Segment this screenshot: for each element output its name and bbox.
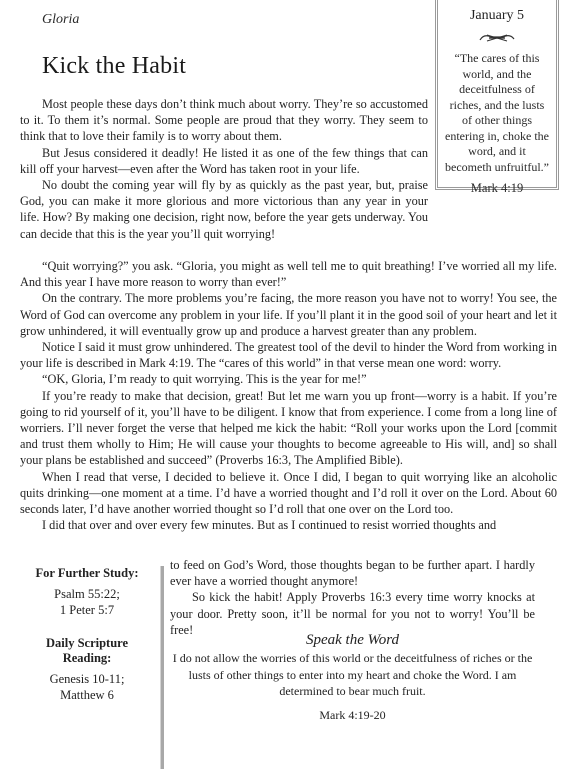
article-body-lower: to feed on God’s Word, those thoughts be… — [170, 557, 535, 638]
study-sidebar: For Further Study: Psalm 55:22; 1 Peter … — [28, 566, 146, 721]
speak-heading: Speak the Word — [170, 631, 535, 649]
article-body-top: Most people these days don’t think much … — [20, 96, 428, 242]
column-divider — [160, 566, 164, 769]
further-study-refs: Psalm 55:22; 1 Peter 5:7 — [28, 586, 146, 618]
reading-ref: Genesis 10-11; — [28, 671, 146, 687]
paragraph: On the contrary. The more problems you’r… — [20, 290, 557, 339]
article-body-main: “Quit worrying?” you ask. “Gloria, you m… — [20, 258, 557, 533]
speak-the-word-section: Speak the Word I do not allow the worrie… — [170, 631, 535, 723]
scroll-flourish-icon — [477, 32, 517, 44]
speak-declaration: I do not allow the worries of this world… — [170, 650, 535, 700]
daily-verse-box: January 5 “The cares of this world, and … — [435, 0, 559, 190]
study-ref: 1 Peter 5:7 — [28, 602, 146, 618]
daily-reading-heading: Daily Scripture Reading: — [28, 636, 146, 666]
page-title: Kick the Habit — [42, 53, 186, 80]
paragraph: “Quit worrying?” you ask. “Gloria, you m… — [20, 258, 557, 290]
author-name: Gloria — [42, 12, 79, 28]
verse-reference: Mark 4:19 — [438, 181, 556, 196]
further-study-heading: For Further Study: — [28, 566, 146, 581]
paragraph: If you’re ready to make that decision, g… — [20, 388, 557, 469]
paragraph: to feed on God’s Word, those thoughts be… — [170, 557, 535, 589]
paragraph: When I read that verse, I decided to bel… — [20, 469, 557, 518]
paragraph: No doubt the coming year will fly by as … — [20, 177, 428, 242]
verse-quote: “The cares of this world, and the deceit… — [438, 51, 556, 175]
paragraph: But Jesus considered it deadly! He liste… — [20, 145, 428, 177]
speak-reference: Mark 4:19-20 — [170, 708, 535, 723]
paragraph: Most people these days don’t think much … — [20, 96, 428, 145]
date-label: January 5 — [438, 8, 556, 24]
paragraph: I did that over and over every few minut… — [20, 517, 557, 533]
study-ref: Psalm 55:22; — [28, 586, 146, 602]
reading-ref: Matthew 6 — [28, 687, 146, 703]
daily-reading-refs: Genesis 10-11; Matthew 6 — [28, 671, 146, 703]
paragraph: Notice I said it must grow unhindered. T… — [20, 339, 557, 371]
paragraph: “OK, Gloria, I’m ready to quit worrying.… — [20, 371, 557, 387]
